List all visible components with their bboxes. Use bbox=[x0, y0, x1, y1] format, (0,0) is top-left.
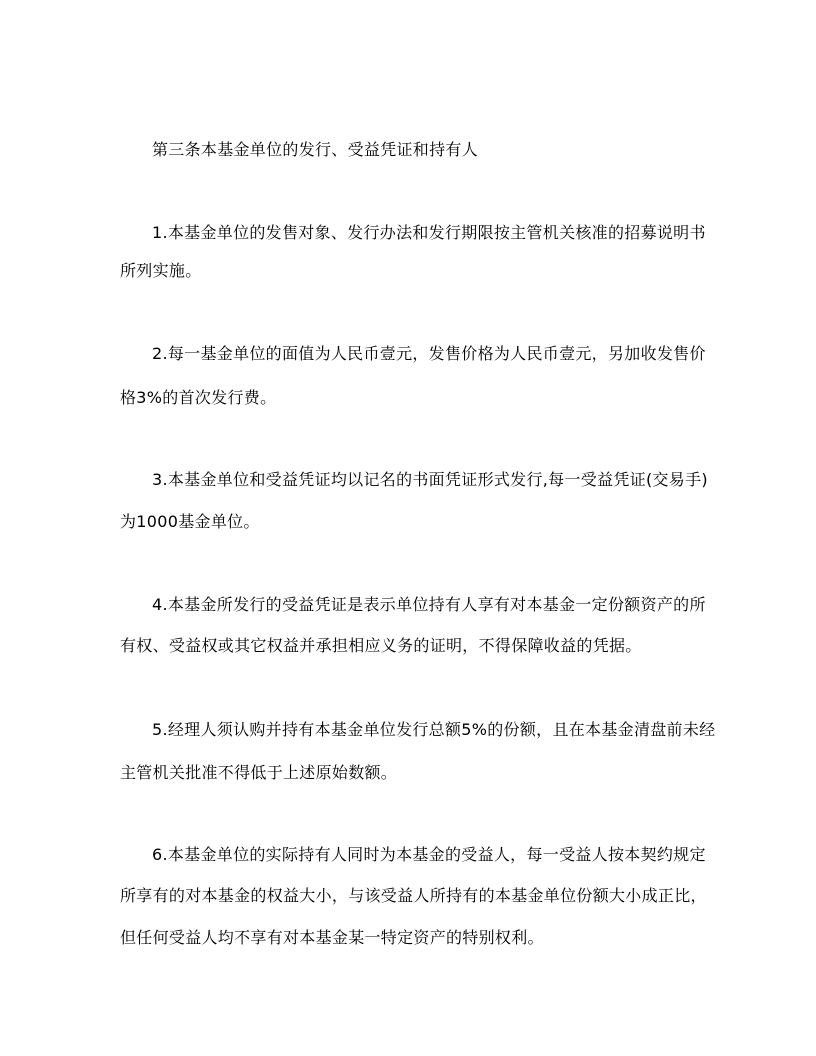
paragraph-line: 3.本基金单位和受益凭证均以记名的书面凭证形式发行,每一受益凭证(交易手) bbox=[152, 470, 708, 490]
paragraph-line: 5.经理人须认购并持有本基金单位发行总额5%的份额，且在本基金清盘前未经 bbox=[152, 720, 715, 740]
article-heading: 第三条本基金单位的发行、受益凭证和持有人 bbox=[152, 140, 478, 160]
paragraph-line: 所列实施。 bbox=[120, 261, 202, 281]
paragraph-line: 2.每一基金单位的面值为人民币壹元，发售价格为人民币壹元，另加收发售价 bbox=[152, 344, 706, 364]
paragraph-line: 有权、受益权或其它权益并承担相应义务的证明，不得保障收益的凭据。 bbox=[120, 636, 642, 656]
paragraph-line: 但任何受益人均不享有对本基金某一特定资产的特别权利。 bbox=[120, 928, 544, 948]
paragraph-line: 为1000基金单位。 bbox=[120, 512, 260, 532]
paragraph-line: 格3%的首次发行费。 bbox=[120, 388, 276, 408]
paragraph-line: 主管机关批准不得低于上述原始数额。 bbox=[120, 763, 397, 783]
paragraph-line: 所享有的对本基金的权益大小，与该受益人所持有的本基金单位份额大小成正比， bbox=[120, 886, 707, 906]
document-page: 第三条本基金单位的发行、受益凭证和持有人 1.本基金单位的发售对象、发行办法和发… bbox=[0, 0, 816, 1056]
paragraph-line: 1.本基金单位的发售对象、发行办法和发行期限按主管机关核准的招募说明书 bbox=[152, 223, 706, 243]
paragraph-line: 6.本基金单位的实际持有人同时为本基金的受益人，每一受益人按本契约规定 bbox=[152, 845, 706, 865]
paragraph-line: 4.本基金所发行的受益凭证是表示单位持有人享有对本基金一定份额资产的所 bbox=[152, 595, 706, 615]
